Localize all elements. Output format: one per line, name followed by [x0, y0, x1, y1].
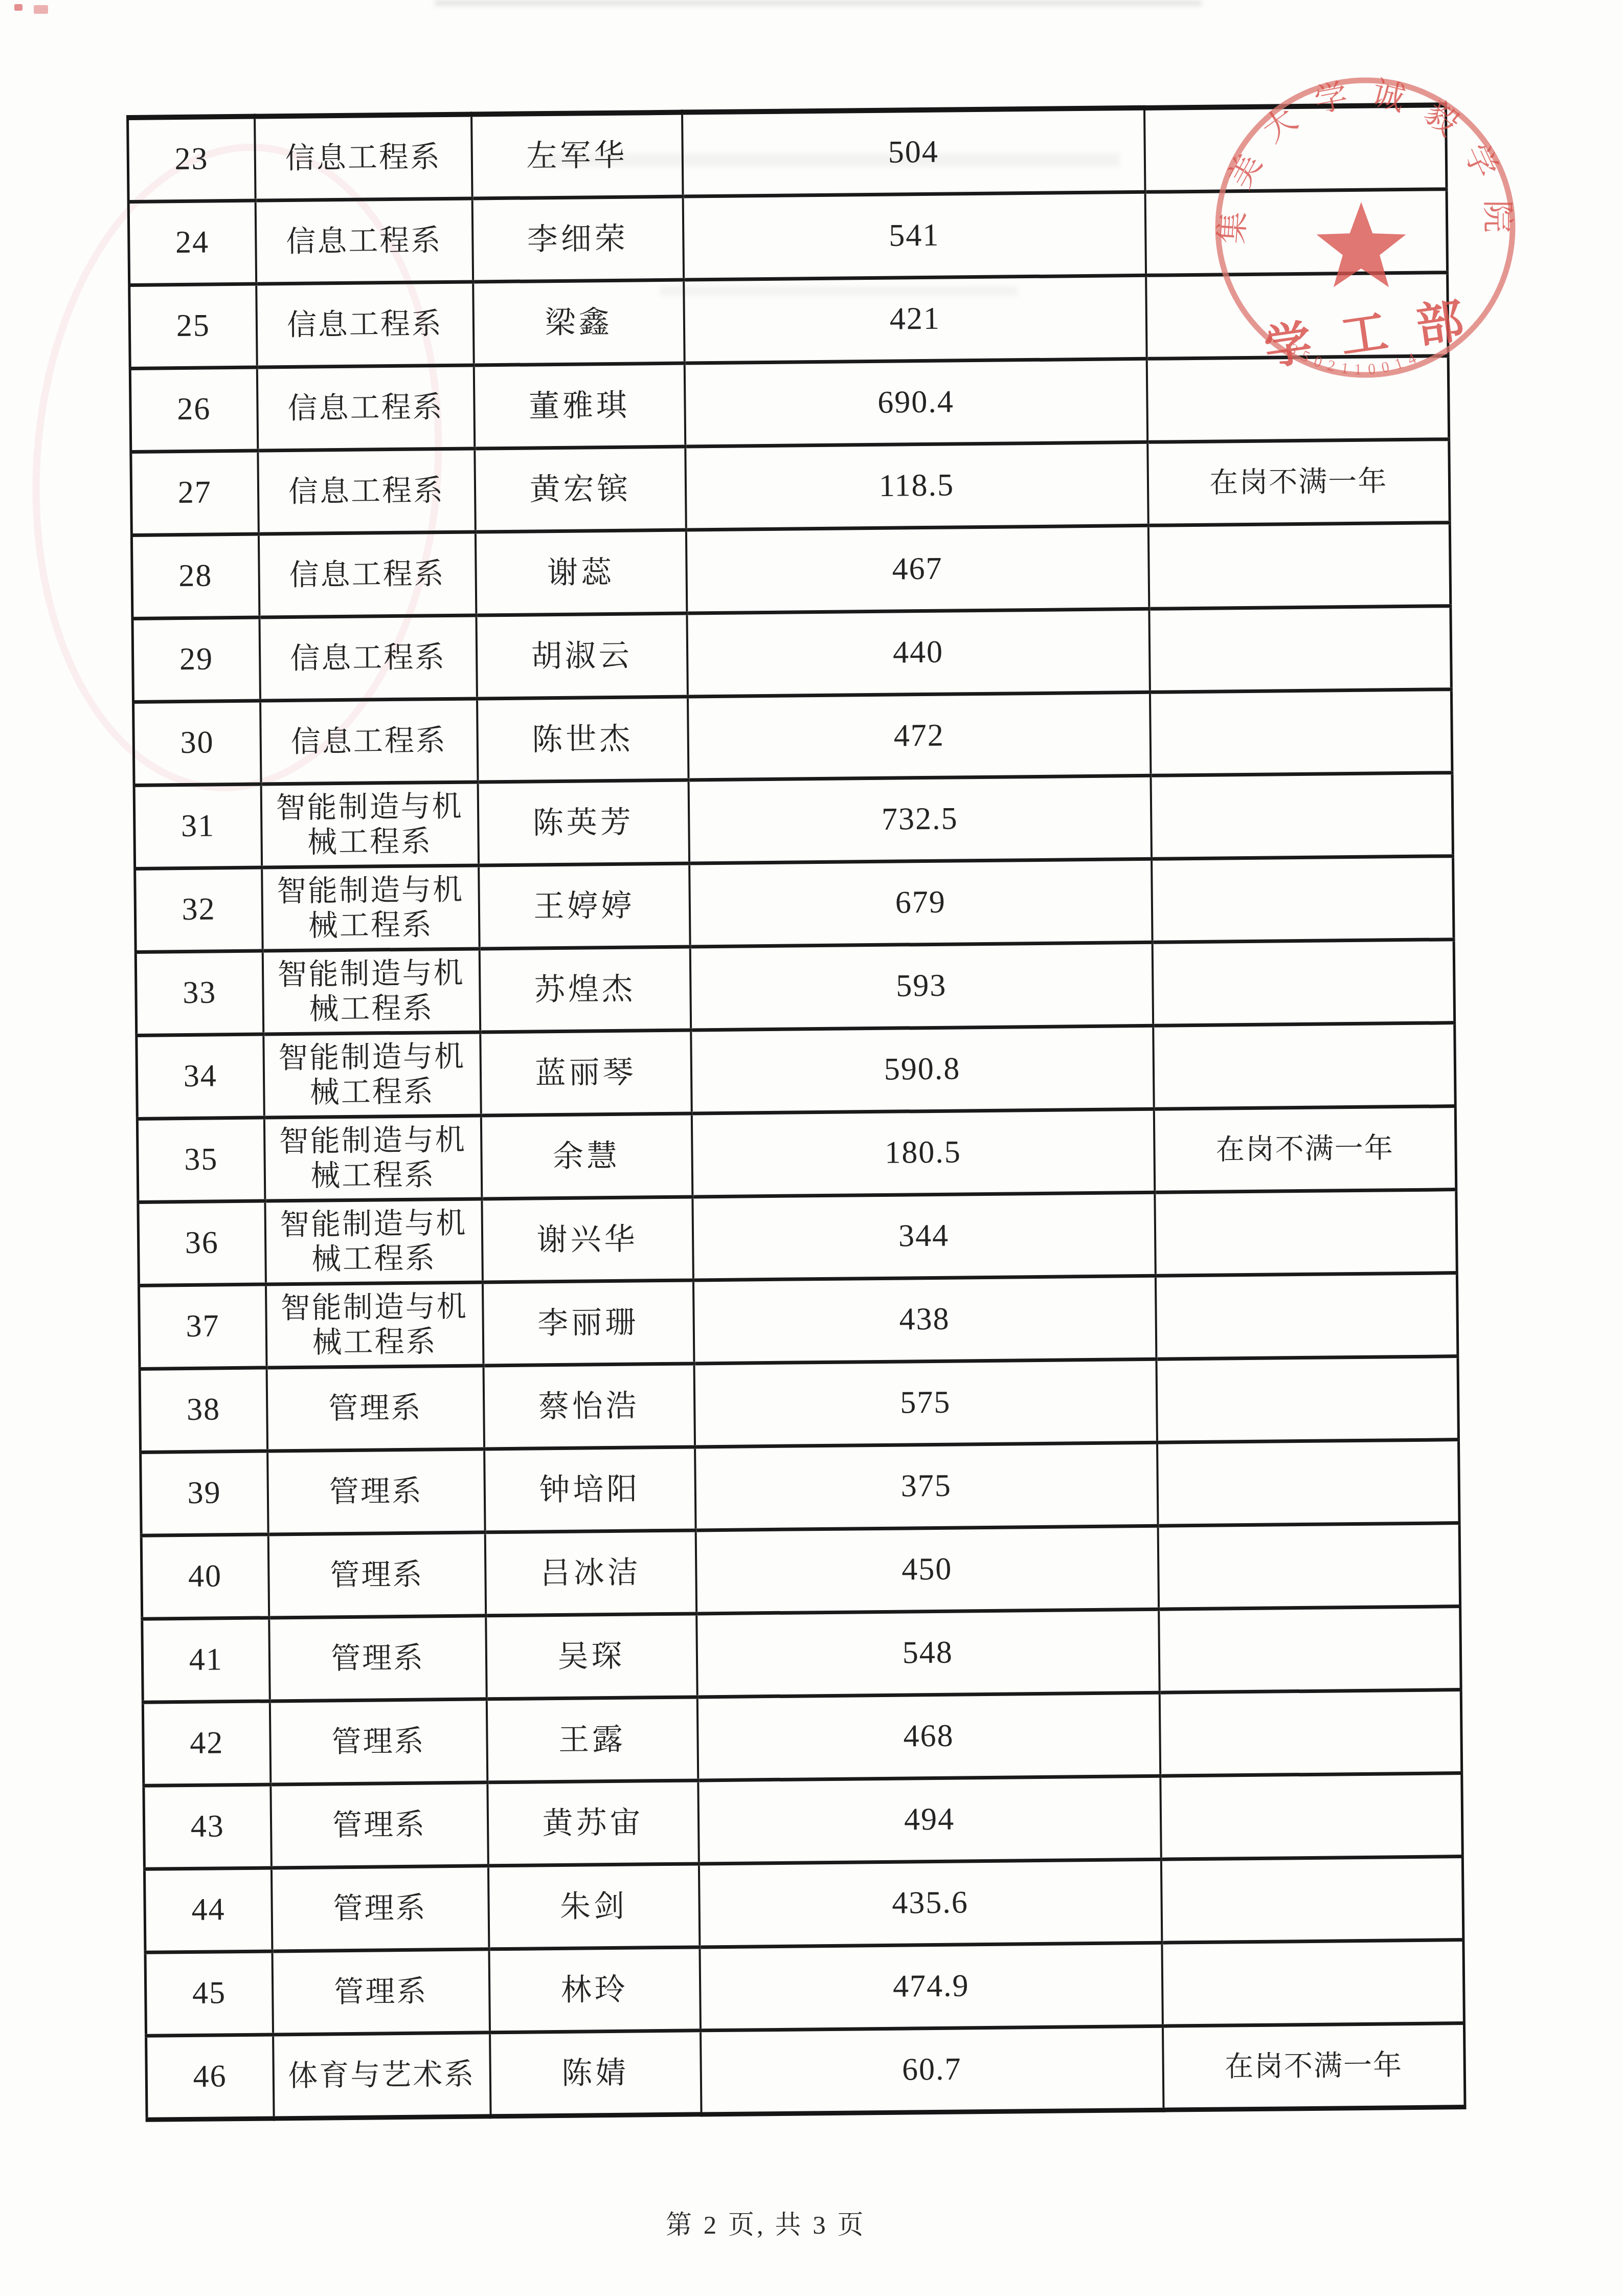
cell-note [1151, 773, 1453, 859]
cell-score: 504 [682, 108, 1145, 196]
cell-name: 谢蕊 [475, 530, 687, 615]
cell-score: 60.7 [700, 2026, 1163, 2114]
cell-score: 468 [697, 1692, 1160, 1780]
scan-edge-artifact [435, 0, 1202, 6]
cell-note: 在岗不满一年 [1147, 439, 1450, 526]
cell-row-number: 44 [144, 1868, 272, 1952]
evaluation-table-wrapper: 23 信息工程系 左军华 504 24 信息工程系 李细荣 541 25 信息工… [126, 102, 1467, 2122]
cell-name: 吕冰洁 [485, 1530, 696, 1616]
cell-row-number: 45 [145, 1951, 273, 2036]
cell-note [1148, 523, 1451, 609]
table-row: 27 信息工程系 黄宏镔 118.5 在岗不满一年 [131, 439, 1450, 536]
cell-row-number: 46 [146, 2035, 274, 2120]
table-row: 33 智能制造与机械工程系 苏煌杰 593 [136, 940, 1454, 1036]
cell-score: 690.4 [684, 359, 1147, 447]
cell-score: 344 [692, 1192, 1156, 1280]
cell-note: 在岗不满一年 [1154, 1106, 1456, 1193]
cell-row-number: 39 [141, 1451, 268, 1535]
cell-department: 管理系 [271, 1866, 489, 1951]
cell-name: 苏煌杰 [479, 947, 691, 1032]
cell-department: 智能制造与机械工程系 [262, 949, 480, 1034]
cell-score: 593 [690, 942, 1153, 1030]
cell-name: 胡淑云 [476, 613, 688, 699]
cell-department: 信息工程系 [258, 532, 476, 617]
cell-note [1162, 1940, 1464, 2026]
cell-name: 李丽珊 [482, 1280, 694, 1366]
cell-department: 信息工程系 [255, 115, 472, 201]
cell-note [1155, 1273, 1458, 1359]
cell-department: 管理系 [270, 1782, 488, 1868]
table-row: 34 智能制造与机械工程系 蓝丽琴 590.8 [137, 1023, 1455, 1119]
cell-department: 信息工程系 [256, 282, 474, 367]
cell-score: 474.9 [700, 1943, 1163, 2031]
cell-score: 438 [693, 1276, 1156, 1364]
cell-note [1149, 606, 1452, 693]
cell-note [1152, 940, 1455, 1026]
table-row: 29 信息工程系 胡淑云 440 [132, 606, 1451, 702]
cell-note [1158, 1523, 1460, 1610]
cell-department: 管理系 [269, 1699, 487, 1785]
cell-department: 信息工程系 [260, 699, 478, 784]
cell-note [1161, 1857, 1463, 1943]
cell-score: 679 [689, 859, 1153, 947]
cell-department: 体育与艺术系 [273, 2033, 491, 2119]
cell-row-number: 42 [143, 1701, 270, 1786]
cell-score: 180.5 [691, 1109, 1155, 1197]
cell-name: 钟培阳 [484, 1447, 696, 1532]
cell-score: 118.5 [685, 442, 1148, 530]
table-row: 45 管理系 林玲 474.9 [145, 1940, 1464, 2036]
cell-score: 732.5 [688, 775, 1152, 863]
table-row: 39 管理系 钟培阳 375 [141, 1440, 1459, 1536]
table-row: 31 智能制造与机械工程系 陈英芳 732.5 [134, 773, 1453, 869]
table-row: 28 信息工程系 谢蕊 467 [131, 523, 1450, 619]
cell-name: 左军华 [471, 113, 683, 198]
cell-row-number: 32 [135, 867, 263, 952]
cell-row-number: 28 [131, 534, 259, 618]
cell-name: 董雅琪 [474, 363, 685, 449]
cell-score: 590.8 [691, 1026, 1154, 1113]
cell-department: 信息工程系 [257, 365, 475, 451]
cell-note [1156, 1356, 1459, 1443]
cell-name: 蓝丽琴 [480, 1030, 692, 1116]
cell-department: 智能制造与机械工程系 [262, 865, 480, 951]
cell-name: 林玲 [489, 1947, 701, 2033]
cell-department: 信息工程系 [259, 615, 477, 701]
cell-name: 王露 [486, 1697, 698, 1782]
table-row: 36 智能制造与机械工程系 谢兴华 344 [138, 1190, 1457, 1286]
cell-row-number: 25 [129, 284, 257, 368]
cell-note [1157, 1440, 1460, 1526]
table-row: 46 体育与艺术系 陈婧 60.7 在岗不满一年 [146, 2023, 1465, 2120]
cell-row-number: 43 [144, 1785, 272, 1869]
table-row: 32 智能制造与机械工程系 王婷婷 679 [135, 856, 1454, 952]
cell-name: 谢兴华 [482, 1197, 693, 1282]
cell-row-number: 27 [131, 451, 259, 535]
cell-score: 548 [696, 1609, 1160, 1697]
cell-score: 541 [683, 192, 1146, 280]
cell-department: 管理系 [272, 1949, 490, 2035]
cell-name: 黄宏镔 [475, 447, 686, 532]
cell-department: 管理系 [268, 1532, 486, 1618]
cell-row-number: 24 [128, 200, 256, 285]
table-row: 40 管理系 吕冰洁 450 [141, 1523, 1460, 1619]
cell-department: 管理系 [269, 1616, 487, 1701]
table-row: 43 管理系 黄苏宙 494 [144, 1773, 1462, 1869]
cell-score: 575 [694, 1359, 1157, 1447]
cell-score: 375 [695, 1442, 1158, 1530]
cell-row-number: 41 [142, 1618, 270, 1702]
cell-note [1152, 856, 1454, 943]
red-ink-speck [34, 5, 48, 14]
cell-department: 管理系 [266, 1366, 484, 1451]
cell-score: 440 [687, 609, 1150, 697]
table-row: 30 信息工程系 陈世杰 472 [133, 689, 1452, 786]
table-row: 41 管理系 吴琛 548 [142, 1607, 1461, 1703]
seal-star-icon [1317, 202, 1406, 287]
cell-row-number: 38 [140, 1368, 267, 1452]
red-ink-speck [14, 4, 22, 11]
cell-department: 信息工程系 [258, 449, 476, 534]
cell-name: 余慧 [481, 1113, 692, 1199]
cell-note [1155, 1190, 1457, 1276]
cell-note [1159, 1690, 1462, 1776]
cell-score: 421 [684, 275, 1147, 363]
evaluation-table: 23 信息工程系 左军华 504 24 信息工程系 李细荣 541 25 信息工… [126, 102, 1467, 2122]
official-seal-stamp: 集美大学诚毅学院 学工部 3502110014 [1191, 54, 1539, 402]
cell-row-number: 33 [136, 951, 263, 1035]
cell-name: 梁鑫 [473, 280, 685, 365]
cell-row-number: 40 [141, 1534, 269, 1619]
table-row: 38 管理系 蔡怡浩 575 [140, 1356, 1458, 1453]
cell-department: 智能制造与机械工程系 [263, 1032, 481, 1118]
cell-department: 信息工程系 [255, 198, 473, 284]
cell-score: 435.6 [698, 1859, 1162, 1947]
cell-row-number: 31 [134, 784, 262, 868]
cell-department: 智能制造与机械工程系 [264, 1116, 482, 1201]
table-row: 42 管理系 王露 468 [143, 1690, 1461, 1786]
cell-name: 蔡怡浩 [483, 1364, 695, 1449]
cell-note [1153, 1023, 1456, 1109]
cell-score: 472 [687, 692, 1151, 780]
cell-name: 黄苏宙 [487, 1780, 699, 1866]
cell-department: 智能制造与机械工程系 [265, 1282, 483, 1368]
page-footer: 第 2 页, 共 3 页 [666, 2203, 866, 2241]
cell-department: 智能制造与机械工程系 [261, 782, 479, 867]
cell-name: 吴琛 [486, 1614, 697, 1699]
cell-note [1160, 1773, 1463, 1860]
table-row: 37 智能制造与机械工程系 李丽珊 438 [139, 1273, 1457, 1369]
cell-department: 智能制造与机械工程系 [265, 1199, 483, 1284]
cell-score: 450 [695, 1526, 1159, 1614]
cell-note: 在岗不满一年 [1162, 2023, 1465, 2110]
cell-row-number: 35 [137, 1118, 265, 1202]
cell-row-number: 23 [128, 117, 256, 202]
cell-name: 朱剑 [488, 1864, 700, 1949]
cell-score: 467 [686, 525, 1149, 613]
cell-row-number: 26 [130, 367, 258, 452]
table-row: 44 管理系 朱剑 435.6 [144, 1857, 1463, 1953]
cell-name: 王婷婷 [479, 863, 690, 949]
cell-row-number: 37 [139, 1284, 266, 1369]
cell-row-number: 36 [138, 1201, 266, 1285]
cell-name: 陈婧 [490, 2031, 702, 2116]
cell-name: 李细荣 [472, 196, 684, 282]
cell-score: 494 [698, 1776, 1161, 1864]
cell-note [1159, 1607, 1461, 1693]
cell-row-number: 30 [133, 701, 261, 785]
cell-note [1149, 689, 1452, 776]
cell-department: 管理系 [267, 1449, 485, 1534]
document-page: 23 信息工程系 左军华 504 24 信息工程系 李细荣 541 25 信息工… [0, 0, 1623, 2296]
cell-row-number: 34 [137, 1034, 264, 1119]
cell-name: 陈世杰 [477, 697, 688, 782]
table-row: 35 智能制造与机械工程系 余慧 180.5 在岗不满一年 [137, 1106, 1456, 1202]
cell-name: 陈英芳 [478, 780, 689, 865]
cell-row-number: 29 [132, 617, 260, 702]
